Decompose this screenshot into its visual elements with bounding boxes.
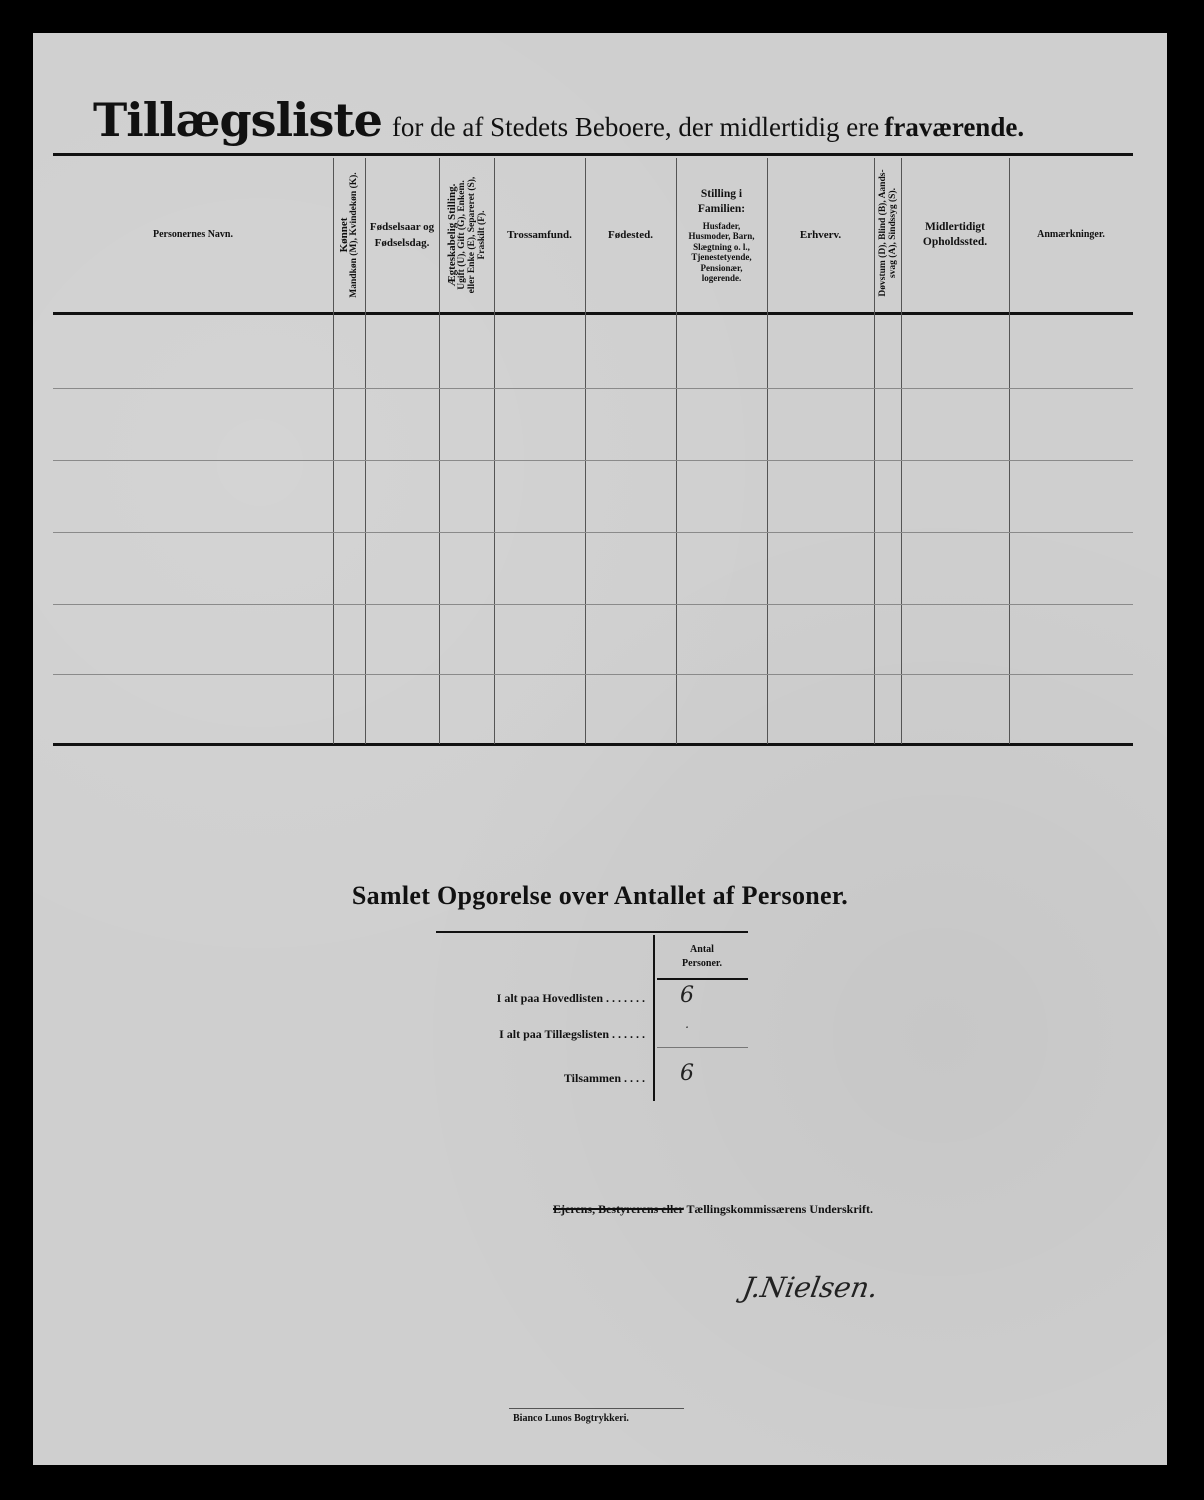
summary-total-rule — [657, 1047, 748, 1048]
header-midlertidigt-opholdssted: Midlertidigt Opholdssted. — [901, 158, 1009, 312]
header-trossamfund: Trossamfund. — [494, 158, 585, 312]
header-kjon-title: Kønnet — [339, 218, 349, 253]
header-sygdom-line1: Døvstum (D), Blind (B), Aands- — [878, 169, 888, 296]
signature-label-struck: Ejerens, Bestyrerens eller — [553, 1202, 684, 1216]
summary-divider — [653, 935, 655, 1101]
table-row[interactable] — [53, 315, 1133, 388]
header-anmaerkninger: Anmærkninger. — [1009, 158, 1133, 312]
table-row[interactable] — [53, 533, 1133, 604]
header-stilling-title: Stilling i Familien: — [676, 187, 767, 217]
header-aegteskab: Ægteskabelig Stilling. Ugift (U), Gift (… — [441, 159, 493, 311]
form-title: Tillægslistefor de af Stedets Beboere, d… — [93, 93, 1153, 153]
table-bottom-rule — [53, 743, 1133, 746]
table-row[interactable] — [53, 605, 1133, 674]
header-aegteskab-line3: eller Enke (E), Separeret (S), — [467, 177, 477, 294]
signature-label-text: Tællingskommissærens Underskrift. — [684, 1202, 873, 1216]
summary-header-rule — [657, 978, 748, 980]
handwritten-signature[interactable]: J.Nielsen. — [740, 1271, 881, 1304]
form-title-subtitle: for de af Stedets Beboere, der midlertid… — [392, 112, 879, 142]
title-rule — [53, 153, 1133, 156]
census-form-page: Tillægslistefor de af Stedets Beboere, d… — [33, 33, 1167, 1465]
header-kjon-detail: Mandkøn (M), Kvindekøn (K). — [349, 172, 359, 297]
signature-label: Ejerens, Bestyrerens eller Tællingskommi… — [553, 1202, 873, 1217]
summary-value-tilsammen[interactable]: 6 — [657, 1061, 717, 1086]
summary-top-rule — [436, 931, 748, 933]
table-row[interactable] — [53, 461, 1133, 532]
header-aegteskab-line4: Fraskilt (F). — [477, 210, 487, 259]
printer-imprint: Bianco Lunos Bogtrykkeri. — [513, 1413, 629, 1424]
summary-value-hovedlisten[interactable]: 6 — [657, 983, 717, 1008]
summary-title: Samlet Opgorelse over Antallet af Person… — [33, 881, 1167, 911]
header-fodselsaar: Fødselsaar og Fødselsdag. — [365, 158, 439, 312]
summary-label-hovedlisten: I alt paa Hovedlisten . . . . . . . — [413, 991, 645, 1006]
header-stilling-detail: Husfader, Husmoder, Barn, Slægtning o. l… — [676, 221, 767, 284]
header-aegteskab-title: Ægteskabelig Stilling. — [447, 184, 457, 287]
header-aegteskab-line2: Ugift (U), Gift (G), Enkem. — [457, 180, 467, 290]
summary-column-header: Antal Personer. — [657, 937, 747, 977]
summary-label-tillaegslisten: I alt paa Tillægslisten . . . . . . — [413, 1027, 645, 1042]
summary-label-tilsammen: Tilsammen . . . . — [413, 1071, 645, 1086]
header-kjon: Kønnet Mandkøn (M), Kvindekøn (K). — [333, 159, 365, 311]
summary-value-tillaegslisten[interactable]: . — [657, 1017, 717, 1031]
header-erhverv: Erhverv. — [767, 158, 874, 312]
header-stilling-i-familien: Stilling i Familien: Husfader, Husmoder,… — [676, 158, 767, 312]
printer-rule — [509, 1408, 684, 1409]
table-row[interactable] — [53, 389, 1133, 460]
header-sygdom-line2: svag (A), Sindssyg (S). — [888, 188, 898, 278]
form-title-emphasis: fraværende. — [884, 112, 1024, 142]
header-personernes-navn: Personernes Navn. — [53, 158, 333, 312]
form-title-main: Tillægsliste — [93, 93, 382, 147]
header-sygdom: Døvstum (D), Blind (B), Aands- svag (A),… — [874, 157, 902, 309]
header-fodested: Fødested. — [585, 158, 676, 312]
table-row[interactable] — [53, 675, 1133, 743]
